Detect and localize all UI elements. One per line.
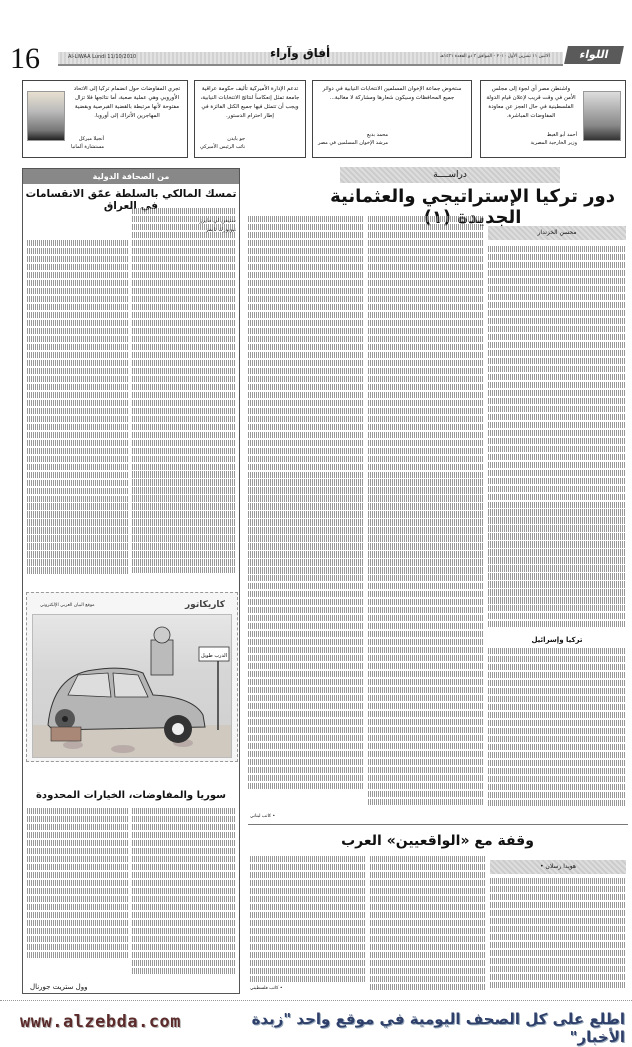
quote-name: أحمد أبو الغيط <box>531 131 578 139</box>
syria-article-source: وول ستريت جورنال <box>30 983 87 991</box>
waqfa-article-column-2 <box>370 856 486 991</box>
quote-text: واشنطن مصر أي لجوء إلى مجلس الأمن في وقت… <box>486 85 576 121</box>
divider <box>248 824 628 825</box>
syria-article-column-1 <box>132 808 236 980</box>
syria-article-column-2 <box>27 808 129 980</box>
cartoon-label: كاريكاتور <box>185 600 225 610</box>
quote-role: مرشد الإخوان المسلمين في مصر <box>318 139 388 147</box>
section-title: أفاق وآراء <box>270 46 330 60</box>
header-left-label: Al-LIWAA Lundi 11/10/2010 <box>68 54 136 60</box>
main-article-byline: محسن الخزندار <box>488 226 626 240</box>
quote-role: مستشارة ألمانيا <box>71 143 104 151</box>
car-cartoon-icon: الدرب طويل <box>33 615 232 758</box>
subhead-turkey-israel: تركيا وإسرائيل <box>488 636 626 644</box>
waqfa-article-column-3 <box>250 856 366 984</box>
page-number: 16 <box>10 44 40 74</box>
waqfa-signature: • كاتب فلسطيني <box>250 986 283 991</box>
quote-box-biden: تدعم الإدارة الأميركية تأليف حكومة عراقي… <box>194 80 306 158</box>
quote-text: تدعم الإدارة الأميركية تأليف حكومة عراقي… <box>200 85 300 121</box>
main-article-column-2 <box>368 216 484 814</box>
portrait-photo <box>27 91 65 141</box>
main-article-column-1b <box>488 648 626 813</box>
waqfa-article-byline: هويدا رسلان • <box>490 860 626 874</box>
main-article-column-3 <box>248 216 364 808</box>
syria-article-title: سوريا والمفاوضات، الخيارات المحدودة <box>25 790 237 801</box>
quote-name: محمد بديع <box>318 131 388 139</box>
newspaper-logo: اللواء <box>564 46 624 64</box>
waqfa-article-title: وقفة مع «الواقعيين» العرب <box>250 833 625 849</box>
left-article-kicker: من الصحافة الدولية <box>23 169 239 184</box>
header-date: الاثنين ١١ تشرين الأول ٢٠١٠ - الموافق ٣ … <box>440 54 550 59</box>
cartoon-credit: موقع البيان العربي الإلكتروني <box>40 603 95 608</box>
quote-role: وزير الخارجية المصرية <box>531 139 578 147</box>
main-article-column-1 <box>488 246 626 636</box>
left-article-column-1 <box>132 208 236 583</box>
quote-text: ستخوض جماعة الإخوان المسلمين الانتخابات … <box>318 85 466 103</box>
footer-divider <box>0 1000 632 1001</box>
quote-box-merkel: تجري المفاوضات حول انضمام تركيا إلى الات… <box>22 80 188 158</box>
article-kicker: دراســــة <box>340 167 560 183</box>
quote-role: نائب الرئيس الأميركي <box>200 143 245 151</box>
cartoon-illustration: الدرب طويل <box>32 614 232 758</box>
quote-box-aboulgheit: واشنطن مصر أي لجوء إلى مجلس الأمن في وقت… <box>480 80 626 158</box>
quote-box-badie: ستخوض جماعة الإخوان المسلمين الانتخابات … <box>312 80 472 158</box>
quote-text: تجري المفاوضات حول انضمام تركيا إلى الات… <box>72 85 182 121</box>
middle-signature: • كاتب لبناني <box>250 814 275 819</box>
banner-url-link[interactable]: www.alzebda.com <box>20 1012 181 1032</box>
banner-promo-text: اطلع على كل الصحف اليومية في موقع واحد "… <box>195 1010 625 1046</box>
waqfa-article-column-1 <box>490 878 626 993</box>
left-article-column-2 <box>27 240 129 585</box>
portrait-photo <box>583 91 621 141</box>
svg-text:الدرب طويل: الدرب طويل <box>201 653 227 659</box>
quote-name: جو بايدن <box>200 135 245 143</box>
quote-name: أنجيلا ميركل <box>71 135 104 143</box>
